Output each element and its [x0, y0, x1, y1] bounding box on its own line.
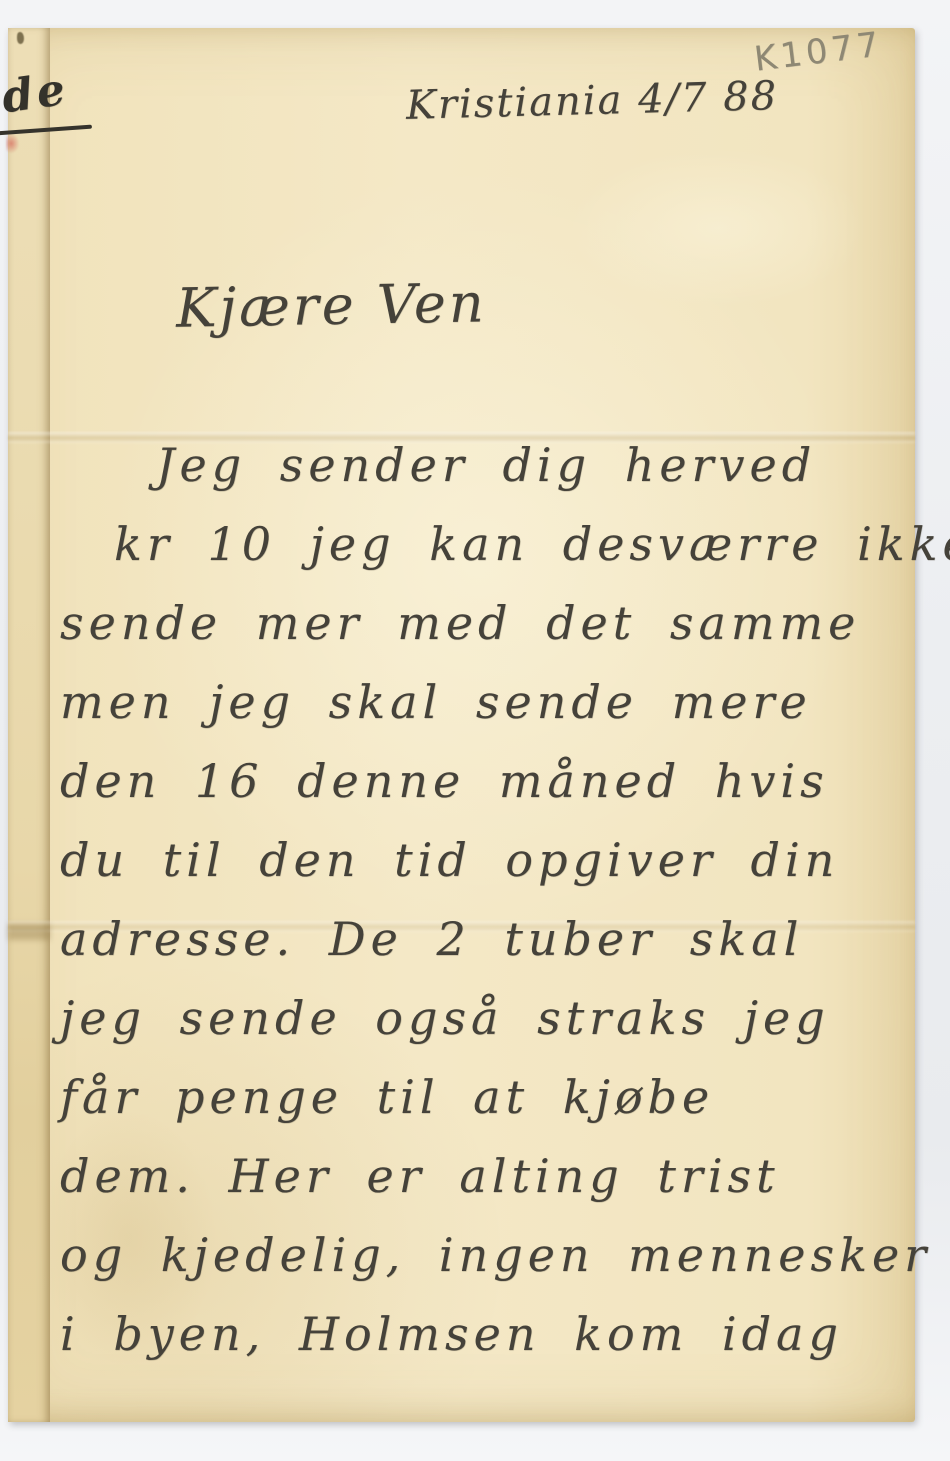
handwritten-line: og kjedelig, ingen mennesker [60, 1228, 908, 1307]
margin-text-fragment: de [0, 64, 72, 124]
handwritten-line: sende mer med det samme [60, 596, 908, 675]
fold-strip-shadow [8, 924, 50, 940]
paper-edge-speck [17, 32, 24, 44]
scanned-letter-page: de K1077 Kristiania 4/7 88 Kjære Ven Jeg… [8, 28, 915, 1422]
handwritten-line: jeg sende også straks jeg [60, 991, 908, 1070]
paper-highlight [568, 148, 868, 308]
handwritten-line: den 16 denne måned hvis [60, 754, 908, 833]
handwritten-line: du til den tid opgiver din [60, 833, 908, 912]
red-ink-mark [6, 134, 19, 153]
page-fold-strip [8, 28, 50, 1422]
letter-salutation: Kjære Ven [175, 271, 487, 339]
handwritten-line: kr 10 jeg kan desværre ikke [60, 517, 908, 596]
handwritten-line: i byen, Holmsen kom idag [60, 1307, 908, 1386]
handwritten-line: men jeg skal sende mere [60, 675, 908, 754]
handwritten-line: dem. Her er alting trist [60, 1149, 908, 1228]
archive-code-annotation: K1077 [752, 24, 885, 79]
handwritten-line: får penge til at kjøbe [60, 1070, 908, 1149]
letter-body: Jeg sender dig herved kr 10 jeg kan desv… [60, 438, 908, 1386]
handwritten-line: Jeg sender dig herved [60, 438, 908, 517]
handwritten-line: adresse. De 2 tuber skal [60, 912, 908, 991]
letter-dateline: Kristiania 4/7 88 [405, 73, 778, 129]
